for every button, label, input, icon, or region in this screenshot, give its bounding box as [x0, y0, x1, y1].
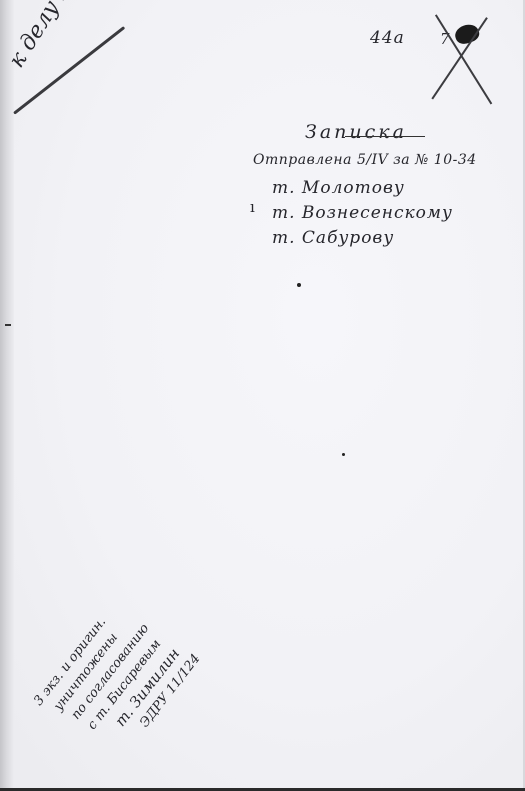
title-underline	[345, 136, 425, 137]
destruction-note: 3 экз. и оригин. уничтожены по согласова…	[32, 608, 195, 771]
scanned-document-page: к делу 20 44а 7 Записка Отправлена 5/IV …	[0, 0, 525, 791]
ink-blot	[453, 21, 482, 46]
document-title: Записка	[305, 123, 407, 142]
margin-tick: ı	[250, 200, 255, 215]
addressee-molotov: т. Молотову	[272, 180, 405, 197]
addressee-saburov: т. Сабурову	[272, 230, 394, 247]
folio-number: 44а	[370, 30, 405, 47]
addressee-voznesensky: т. Вознесенскому	[272, 205, 453, 222]
margin-dash	[5, 324, 11, 326]
left-binding-shadow	[0, 0, 14, 791]
stray-ink-speck	[342, 453, 345, 456]
file-mark: к делу 20	[6, 0, 82, 72]
dispatch-record: Отправлена 5/IV за № 10-34	[253, 153, 477, 167]
stray-ink-dot	[297, 283, 301, 287]
